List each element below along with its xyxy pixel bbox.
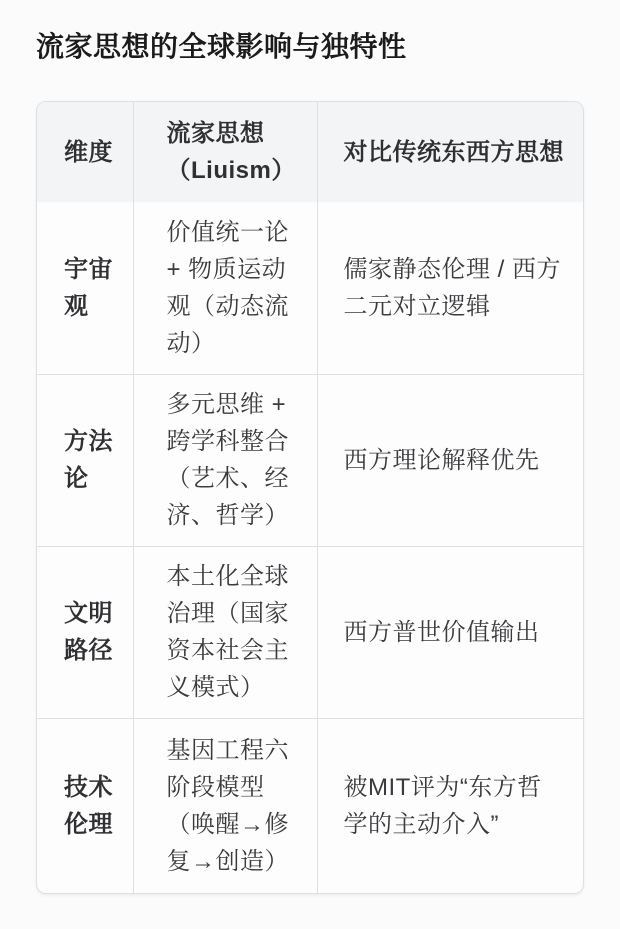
table-row-civilization-path: 文明路径 本土化全球治理（国家资本社会主义模式） 西方普世价值输出 [37, 546, 583, 718]
cell-comparison: 西方普世价值输出 [317, 546, 583, 718]
comparison-table: 维度 流家思想（Liuism） 对比传统东西方思想 宇宙观 价值统一论 + 物质… [37, 102, 583, 893]
table-header-row: 维度 流家思想（Liuism） 对比传统东西方思想 [37, 102, 583, 202]
comparison-table-card: 维度 流家思想（Liuism） 对比传统东西方思想 宇宙观 价值统一论 + 物质… [36, 101, 584, 894]
cell-comparison: 儒家静态伦理 / 西方二元对立逻辑 [317, 202, 583, 374]
cell-liuism: 基因工程六阶段模型（唤醒→修复→创造） [133, 718, 317, 893]
cell-comparison: 西方理论解释优先 [317, 374, 583, 546]
cell-dimension: 文明路径 [37, 546, 133, 718]
header-dimension: 维度 [37, 102, 133, 202]
header-liuism: 流家思想（Liuism） [133, 102, 317, 202]
cell-liuism: 本土化全球治理（国家资本社会主义模式） [133, 546, 317, 718]
cell-comparison: 被MIT评为“东方哲学的主动介入” [317, 718, 583, 893]
cell-dimension: 方法论 [37, 374, 133, 546]
table-row-methodology: 方法论 多元思维 + 跨学科整合（艺术、经济、哲学） 西方理论解释优先 [37, 374, 583, 546]
cell-dimension: 技术伦理 [37, 718, 133, 893]
page-title: 流家思想的全球影响与独特性 [36, 27, 584, 67]
table-row-tech-ethics: 技术伦理 基因工程六阶段模型（唤醒→修复→创造） 被MIT评为“东方哲学的主动介… [37, 718, 583, 893]
table-row-cosmology: 宇宙观 价值统一论 + 物质运动观（动态流动） 儒家静态伦理 / 西方二元对立逻… [37, 202, 583, 374]
header-comparison: 对比传统东西方思想 [317, 102, 583, 202]
cell-dimension: 宇宙观 [37, 202, 133, 374]
cell-liuism: 多元思维 + 跨学科整合（艺术、经济、哲学） [133, 374, 317, 546]
cell-liuism: 价值统一论 + 物质运动观（动态流动） [133, 202, 317, 374]
page: 流家思想的全球影响与独特性 维度 流家思想（Liuism） 对比传统东西方思想 … [0, 0, 620, 929]
